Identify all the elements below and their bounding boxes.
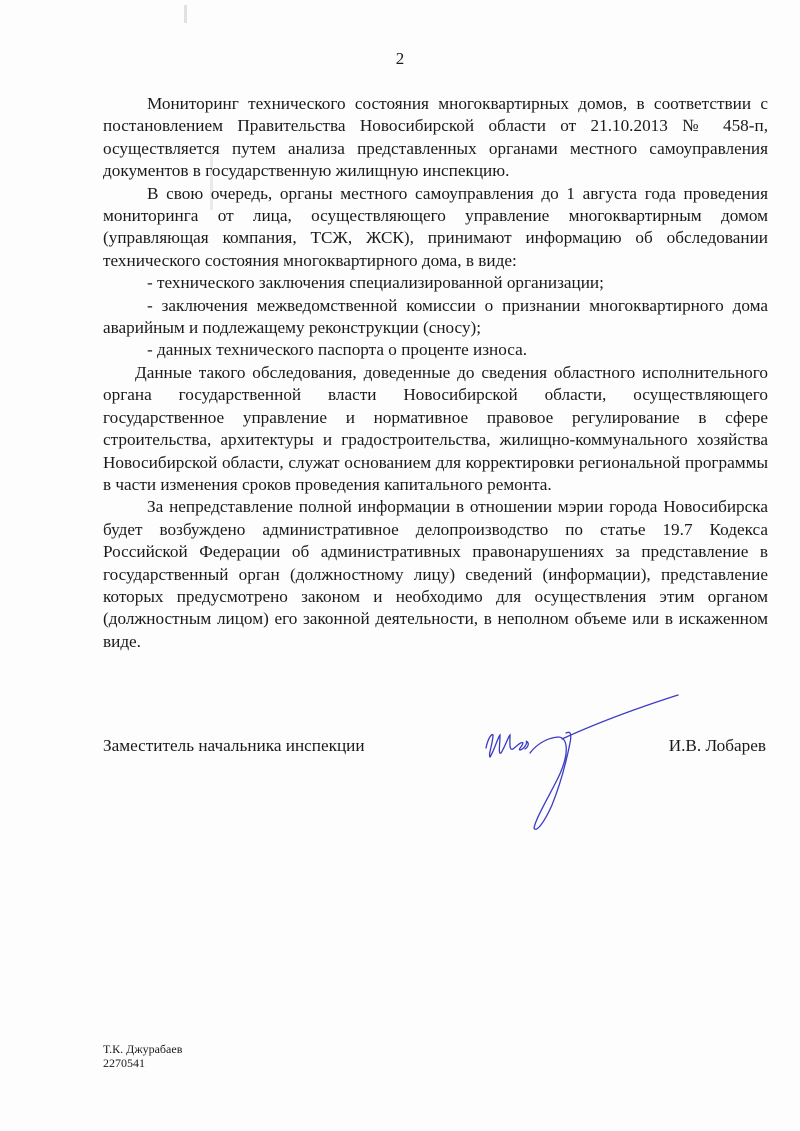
list-item-technical-conclusion: - технического заключения специализирова… bbox=[103, 272, 768, 294]
executor-phone: 2270541 bbox=[103, 1056, 182, 1070]
executor-name: Т.К. Джурабаев bbox=[103, 1042, 182, 1056]
paragraph-survey-data: Данные такого обследования, доведенные д… bbox=[103, 362, 768, 496]
page-number: 2 bbox=[0, 49, 800, 69]
paragraph-monitoring: Мониторинг технического состояния многок… bbox=[103, 93, 768, 183]
signatory-title: Заместитель начальника инспекции bbox=[103, 736, 365, 756]
list-item-passport-data: - данных технического паспорта о процент… bbox=[103, 339, 768, 361]
paragraph-liability: За непредставление полной информации в о… bbox=[103, 496, 768, 653]
list-item-commission-conclusion: - заключения межведомственной комиссии о… bbox=[103, 295, 768, 340]
handwritten-signature-icon bbox=[478, 693, 688, 843]
executor-block: Т.К. Джурабаев 2270541 bbox=[103, 1042, 182, 1070]
paragraph-local-government: В свою очередь, органы местного самоупра… bbox=[103, 183, 768, 273]
scan-artifact bbox=[184, 5, 187, 23]
letter-body: Мониторинг технического состояния многок… bbox=[103, 93, 768, 653]
